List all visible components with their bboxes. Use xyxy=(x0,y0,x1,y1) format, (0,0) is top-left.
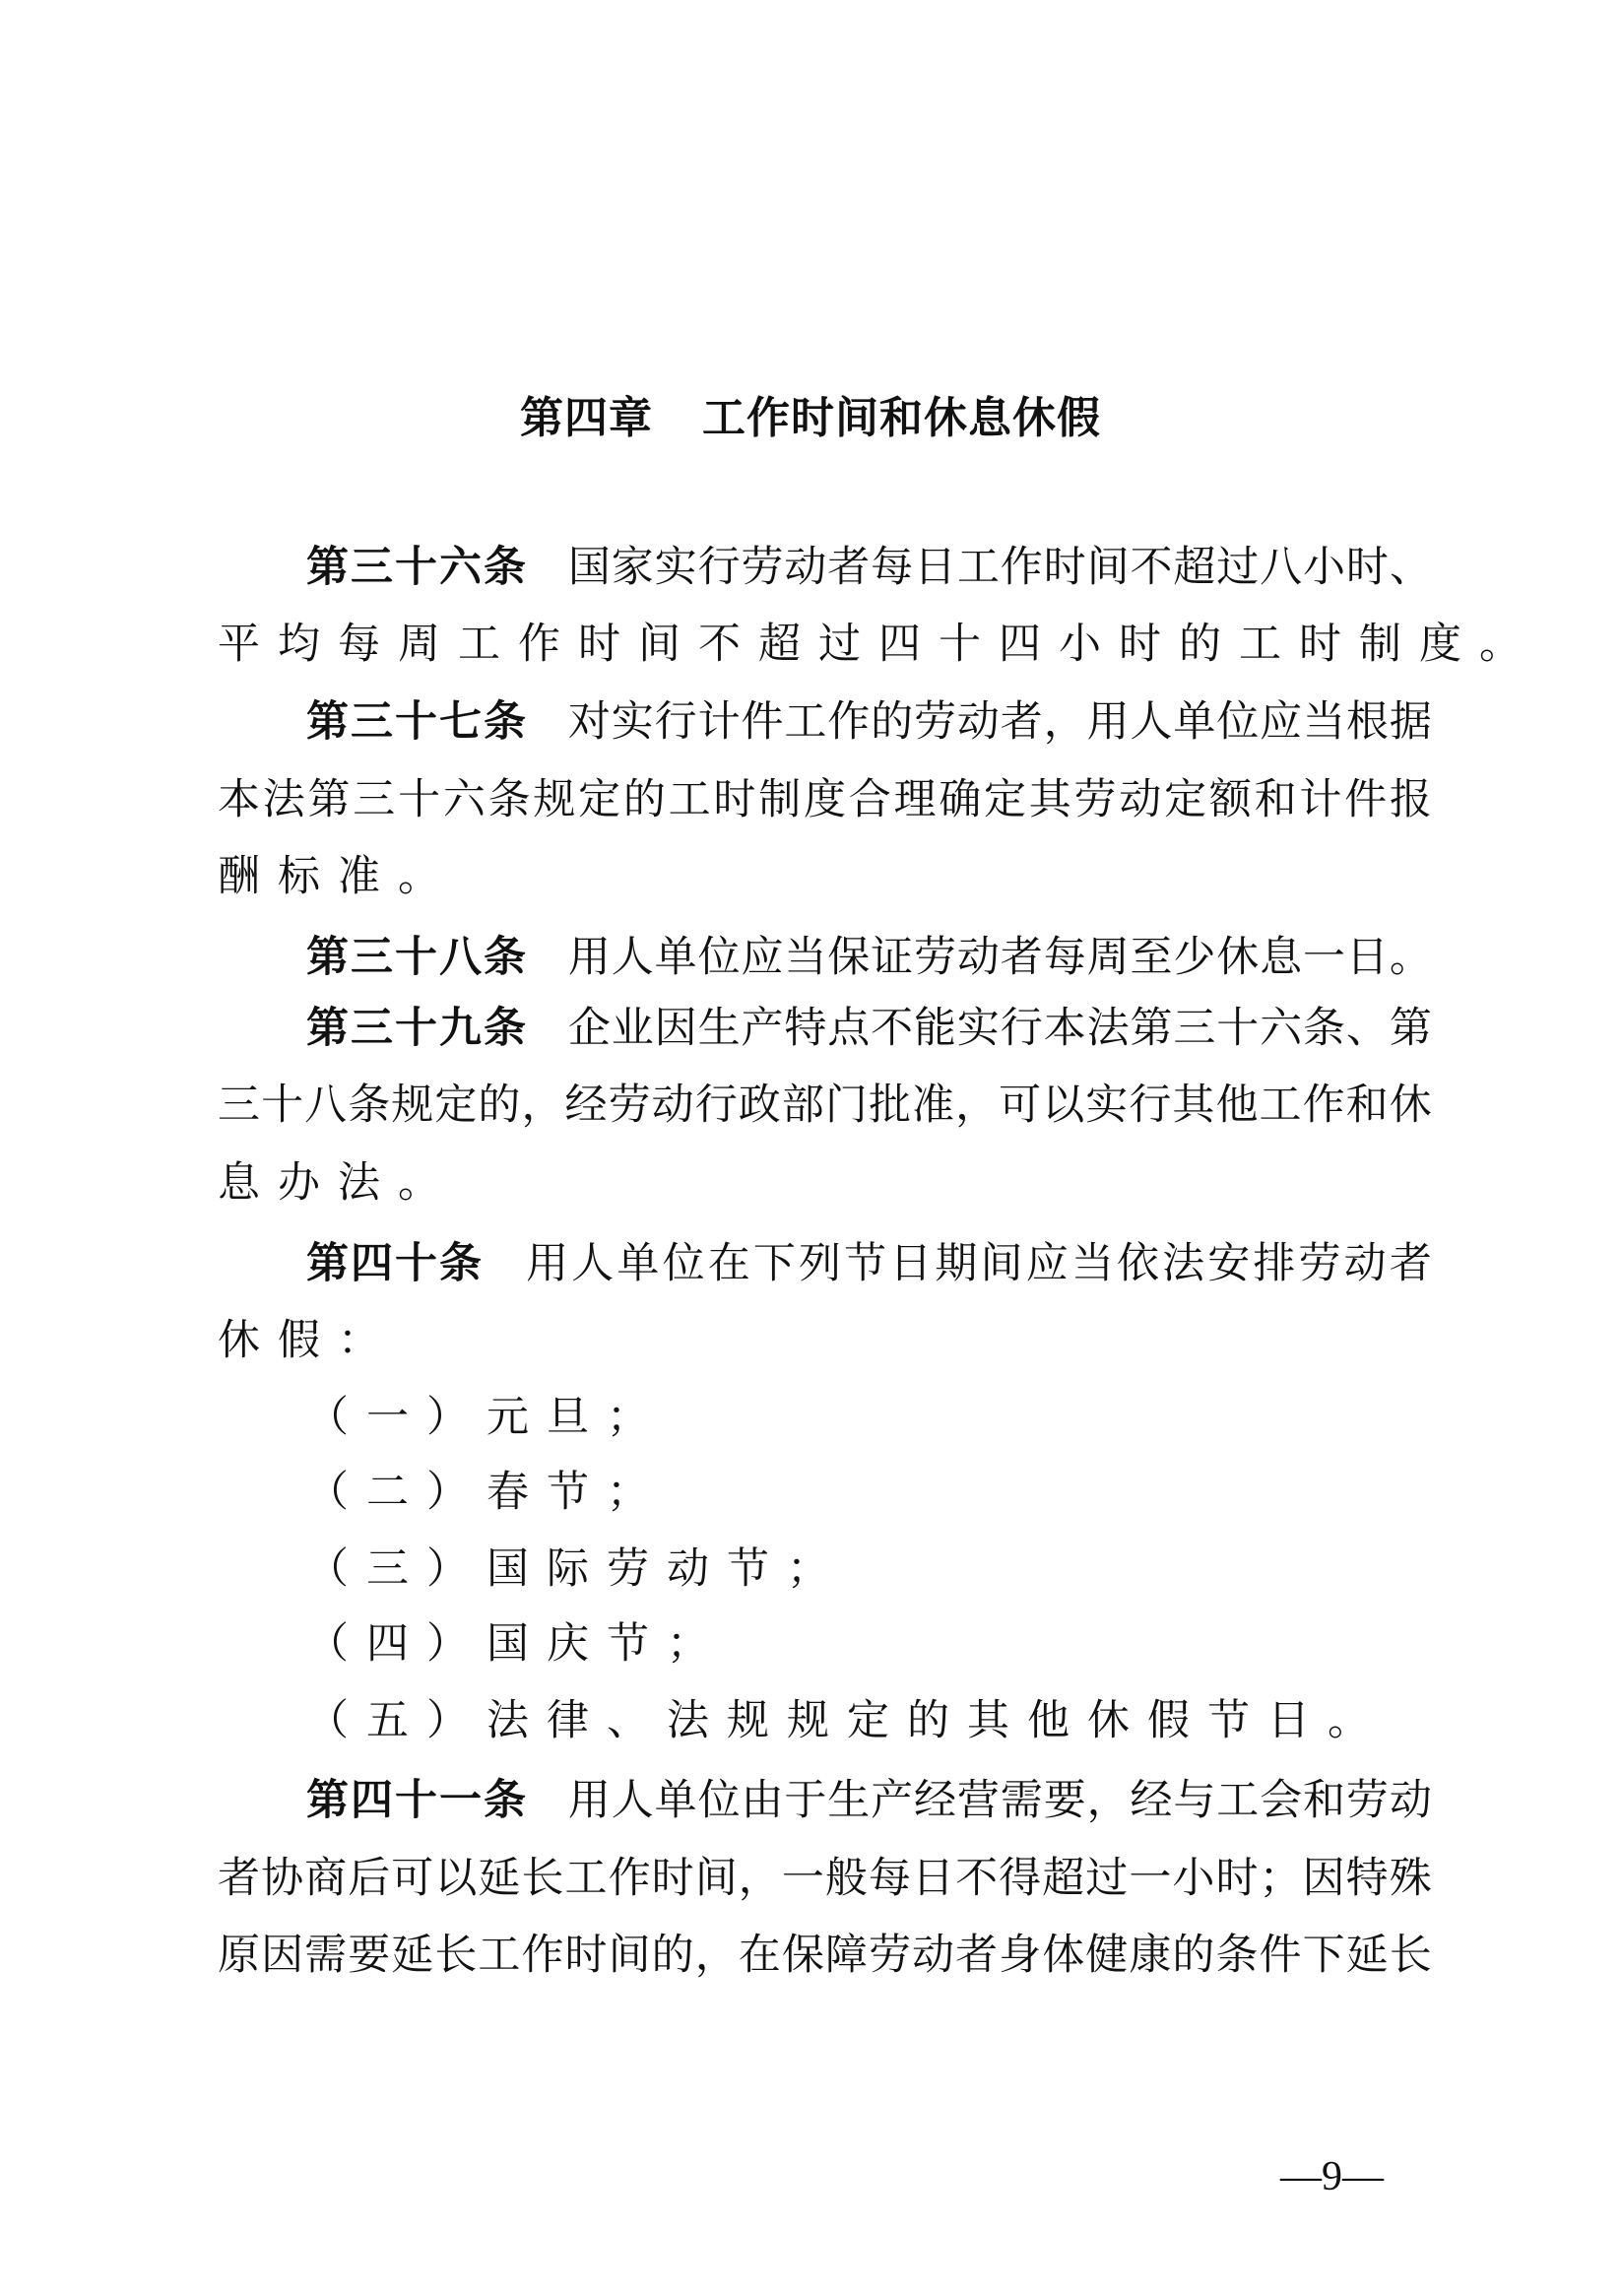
line-text: （二）春节； xyxy=(306,1463,667,1522)
chapter-number: 第四章 xyxy=(520,393,653,443)
article-number: 第三十六条 xyxy=(306,538,528,597)
chapter-heading: 第四章工作时间和休息休假 xyxy=(0,382,1621,445)
line-text: （五）法律、法规规定的其他休假节日。 xyxy=(306,1691,1388,1750)
article-number: 第三十九条 xyxy=(306,999,528,1058)
article-number: 第四十一条 xyxy=(306,1771,528,1830)
line-text: 息办法。 xyxy=(218,1153,458,1213)
line-text: 酬标准。 xyxy=(218,847,458,906)
text-line: （三）国际劳动节； xyxy=(306,1540,1432,1599)
line-text: （三）国际劳动节； xyxy=(306,1540,847,1599)
text-line: 三十八条规定的，经劳动行政部门批准，可以实行其他工作和休 xyxy=(218,1076,1432,1135)
text-line: 原因需要延长工作时间的，在保障劳动者身体健康的条件下延长 xyxy=(218,1926,1432,1985)
article-number: 第三十七条 xyxy=(306,692,528,752)
line-text: 休假： xyxy=(218,1311,398,1370)
text-line: 休假： xyxy=(218,1311,1432,1370)
chapter-title: 工作时间和休息休假 xyxy=(702,393,1101,443)
text-line: （一）元旦； xyxy=(306,1388,1432,1447)
text-line: 者协商后可以延长工作时间，一般每日不得超过一小时；因特殊 xyxy=(218,1849,1432,1908)
article-line: 第三十八条用人单位应当保证劳动者每周至少休息一日。 xyxy=(306,928,1432,987)
article-line: 第四十条用人单位在下列节日期间应当依法安排劳动者 xyxy=(306,1234,1432,1293)
text-line: 平均每周工作时间不超过四十四小时的工时制度。 xyxy=(218,615,1432,674)
article-line: 第四十一条用人单位由于生产经营需要，经与工会和劳动 xyxy=(306,1771,1432,1830)
article-number: 第三十八条 xyxy=(306,928,528,987)
article-line: 第三十七条对实行计件工作的劳动者，用人单位应当根据 xyxy=(306,692,1432,752)
text-line: 酬标准。 xyxy=(218,847,1432,906)
line-text: （四）国庆节； xyxy=(306,1614,727,1673)
article-number: 第四十条 xyxy=(306,1234,484,1293)
text-line: 本法第三十六条规定的工时制度合理确定其劳动定额和计件报 xyxy=(218,770,1432,829)
text-line: （二）春节； xyxy=(306,1463,1432,1522)
text-line: （五）法律、法规规定的其他休假节日。 xyxy=(306,1691,1432,1750)
article-line: 第三十六条国家实行劳动者每日工作时间不超过八小时、 xyxy=(306,538,1432,597)
line-text: （一）元旦； xyxy=(306,1388,667,1447)
text-line: （四）国庆节； xyxy=(306,1614,1432,1673)
line-text: 平均每周工作时间不超过四十四小时的工时制度。 xyxy=(218,615,1539,674)
page-number: —9— xyxy=(1280,2153,1384,2200)
article-line: 第三十九条企业因生产特点不能实行本法第三十六条、第 xyxy=(306,999,1432,1058)
text-line: 息办法。 xyxy=(218,1153,1432,1213)
